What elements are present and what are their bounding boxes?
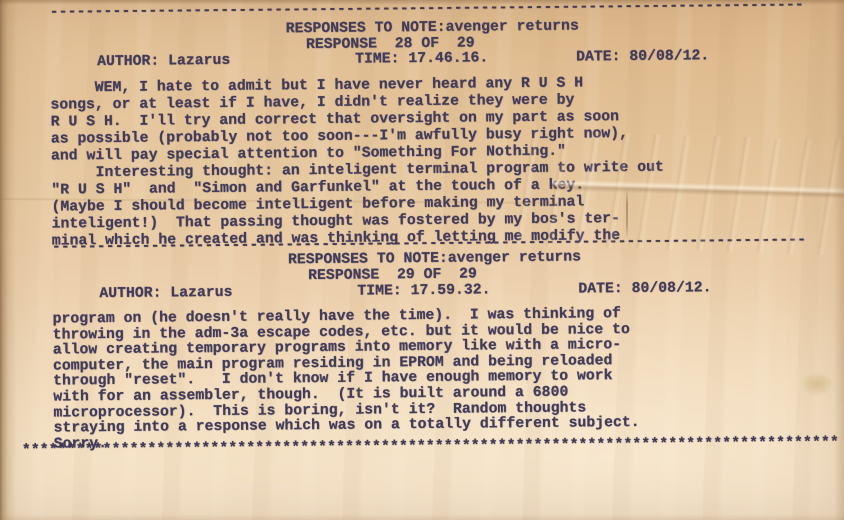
response-body-text: WEM, I hate to admit but I have never he…	[50, 75, 664, 251]
author-field: AUTHOR: Lazarus	[99, 285, 232, 302]
date-field: DATE: 80/08/12.	[576, 48, 709, 65]
response-title: RESPONSES TO NOTE:avenger returns	[288, 250, 581, 268]
author-field: AUTHOR: Lazarus	[97, 53, 230, 70]
scanned-paper-sheet: ----------------------------------------…	[0, 0, 844, 520]
response-title: RESPONSES TO NOTE:avenger returns	[286, 19, 579, 37]
date-field: DATE: 80/08/12.	[578, 280, 711, 297]
response-meta-row: AUTHOR: Lazarus TIME: 17.59.32. DATE: 80…	[0, 279, 844, 303]
time-field: TIME: 17.46.16.	[355, 50, 488, 67]
typewritten-content: ----------------------------------------…	[0, 0, 844, 520]
time-field: TIME: 17.59.32.	[357, 282, 490, 299]
response-counter: RESPONSE 29 OF 29	[308, 267, 477, 284]
response-body-text: program on (he doesn't really have the t…	[52, 307, 639, 453]
dashed-rule-top: ----------------------------------------…	[50, 0, 804, 21]
response-meta-row: AUTHOR: Lazarus TIME: 17.46.16. DATE: 80…	[0, 47, 842, 71]
